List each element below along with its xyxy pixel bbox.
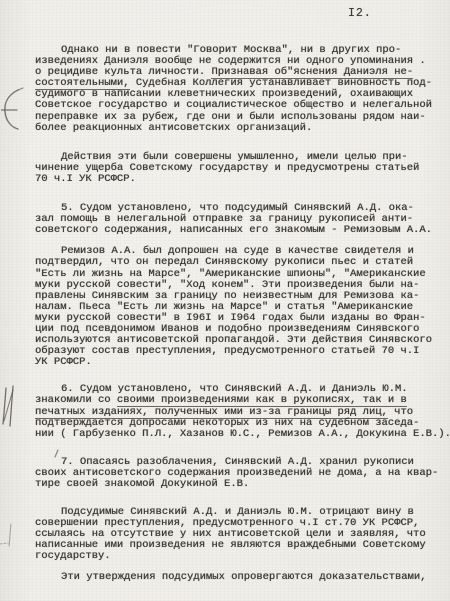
paragraph: Подсудимые Синявский А.Д. и Даниэль Ю.М.… xyxy=(35,507,449,562)
text-line: нии ( Гарбузенко П.Л., Хазанов Ю.С., Рем… xyxy=(35,429,449,440)
text-line: государству. xyxy=(35,551,449,562)
text-segment: Эти утверждения подсудимых опровергаются… xyxy=(61,571,426,583)
document-body: Однако ни в повести "Говорит Москва", ни… xyxy=(35,45,449,583)
paragraph: Эти утверждения подсудимых опровергаются… xyxy=(35,572,449,583)
text-line: УК РСФСР. xyxy=(35,357,449,368)
text-segment: 70 ч.I УК РСФСР. xyxy=(35,173,136,185)
text-line: Эти утверждения подсудимых опровергаются… xyxy=(35,572,449,583)
text-segment: тире своей знакомой Докукиной Е.В. xyxy=(35,478,249,490)
handwritten-bracket-mark xyxy=(1,87,24,131)
text-line: советского содержания, написанных его зн… xyxy=(35,225,449,236)
text-line: образуют состав преступления, предусмотр… xyxy=(35,346,449,357)
text-line: тире своей знакомой Докукиной Е.В. xyxy=(35,479,449,490)
text-segment: УК РСФСР. xyxy=(35,356,92,368)
text-segment: более реакционных антисоветских организа… xyxy=(35,122,312,134)
paragraph: 5. Судом установлено, что подсудимый Син… xyxy=(35,203,449,236)
paragraph: Ремизов А.А. был допрошен на суде в каче… xyxy=(35,246,449,368)
text-segment: государству. xyxy=(35,550,111,562)
text-line: более реакционных антисоветских организа… xyxy=(35,123,449,134)
paragraph: Однако ни в повести "Говорит Москва", ни… xyxy=(35,45,449,134)
paragraph: 6. Судом установлено, что Синявский А.Д.… xyxy=(35,384,449,439)
text-segment: советского содержания, написанных его зн… xyxy=(35,224,432,236)
text-segment: образуют состав преступления, предусмотр… xyxy=(35,345,419,357)
handwritten-corner-mark xyxy=(0,522,14,548)
handwritten-double-stroke-mark xyxy=(1,385,15,427)
paragraph: Действия эти были совершены умышленно, и… xyxy=(35,152,449,185)
text-segment: знакомили со xyxy=(35,394,117,406)
paragraph: 7. Опасаясь разоблачения, Синявский А.Д.… xyxy=(35,457,449,490)
page-number: I2. xyxy=(348,7,372,20)
text-line: 70 ч.I УК РСФСР. xyxy=(35,174,449,185)
text-segment: нии ( Гарбузенко П.Л., Хазанов Ю.С., Рем… xyxy=(35,428,450,440)
scanned-page: I2. Однако ни в повести "Говорит Москва"… xyxy=(0,0,450,601)
